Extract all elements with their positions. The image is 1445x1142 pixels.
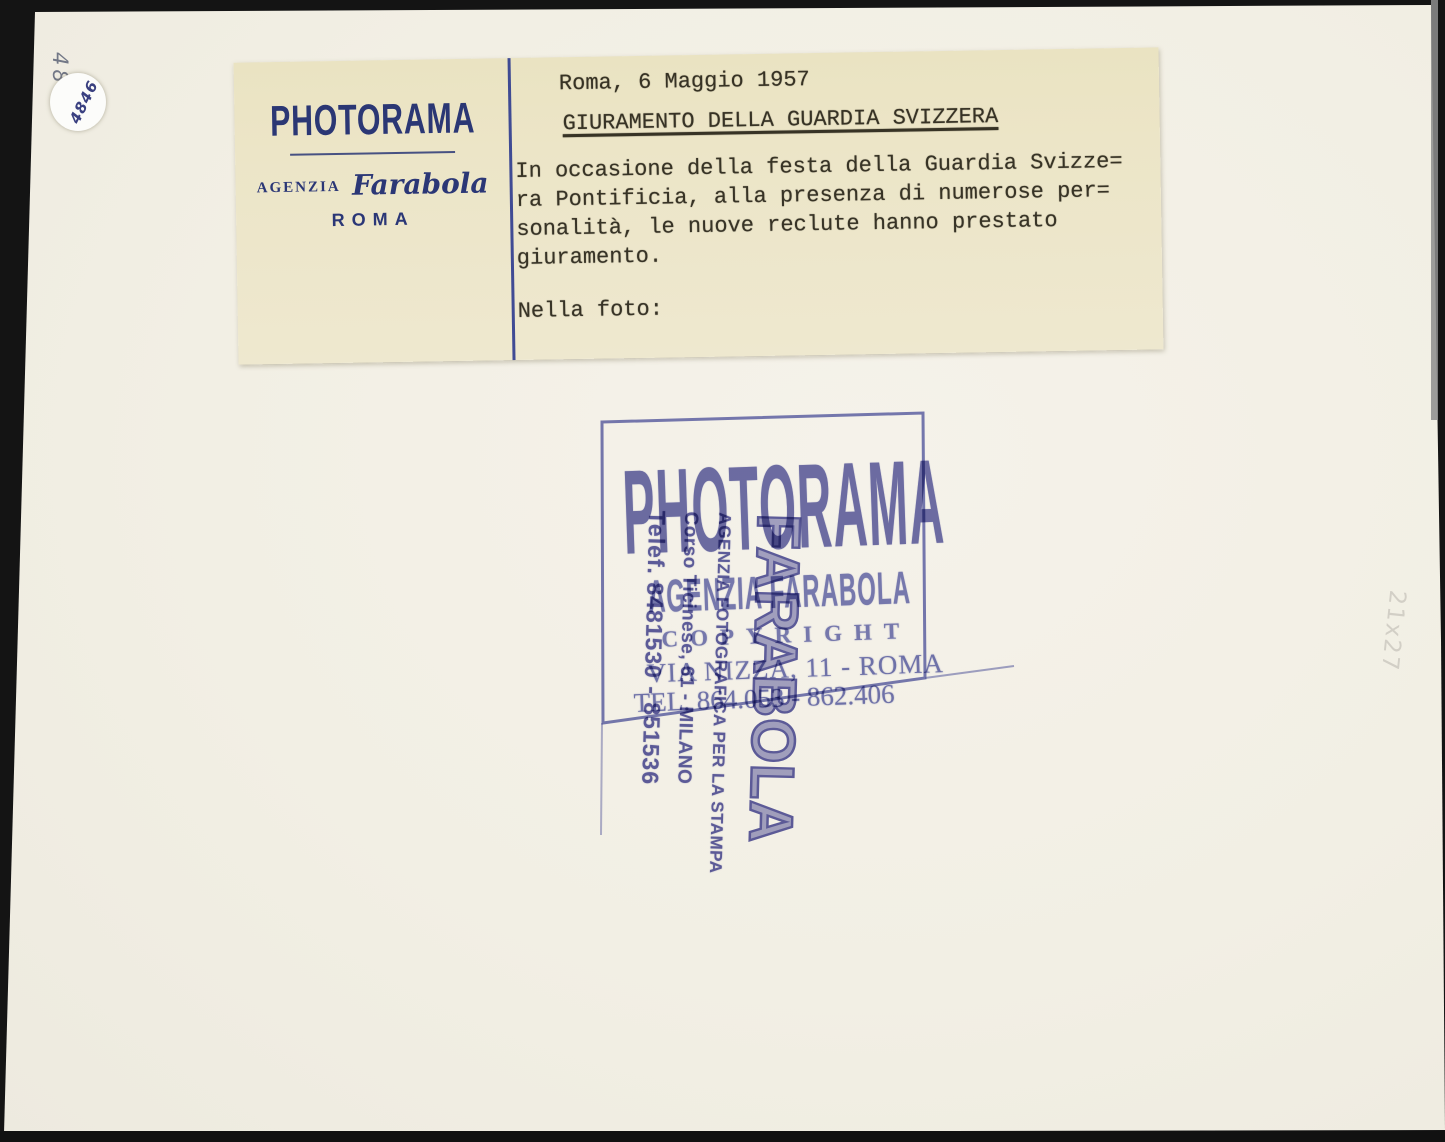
- agency-logo-name: PHOTORAMA: [270, 94, 474, 147]
- scanner-edge-strip: [1431, 0, 1438, 420]
- agency-caption-label: PHOTORAMA AGENZIA Farabola ROMA Roma, 6 …: [234, 47, 1164, 364]
- typed-caption-block: Roma, 6 Maggio 1957 GIURAMENTO DELLA GUA…: [514, 61, 1158, 324]
- photo-verso-scan: 4889 4846 PHOTORAMA AGENZIA Farabola ROM…: [0, 0, 1445, 1142]
- agency-script-name: Farabola: [352, 166, 489, 201]
- sticker-number: 4846: [66, 77, 102, 126]
- agency-city-label: ROMA: [236, 207, 510, 233]
- logo-divider-rule: [290, 151, 455, 156]
- caption-photo-note: Nella foto:: [518, 288, 1158, 324]
- round-sticker: 4846: [50, 73, 106, 131]
- stamp-roma-copyright: COPYRIGHT: [661, 618, 912, 653]
- caption-body: In occasione della festa della Guardia S…: [515, 146, 1157, 273]
- agency-logo-block: PHOTORAMA AGENZIA Farabola ROMA: [234, 58, 513, 365]
- stamp-roma: PHOTORAMA AGENZIA FARABOLA COPYRIGHT VIA…: [592, 406, 947, 723]
- caption-dateline: Roma, 6 Maggio 1957: [559, 61, 1154, 96]
- pencil-size-note: 21x27: [1376, 589, 1410, 673]
- scanner-bottom-strip: [0, 1131, 1445, 1142]
- photo-paper: 4889 4846 PHOTORAMA AGENZIA Farabola ROM…: [0, 0, 1445, 1142]
- stamp-roma-name: PHOTORAMA: [621, 442, 947, 573]
- stamp-roma-agency: AGENZIA FARABOLA: [647, 564, 911, 619]
- agency-prefix-label: AGENZIA: [257, 179, 341, 196]
- agency-logo-subline: AGENZIA Farabola: [235, 166, 510, 204]
- caption-title: GIURAMENTO DELLA GUARDIA SVIZZERA: [562, 101, 1154, 136]
